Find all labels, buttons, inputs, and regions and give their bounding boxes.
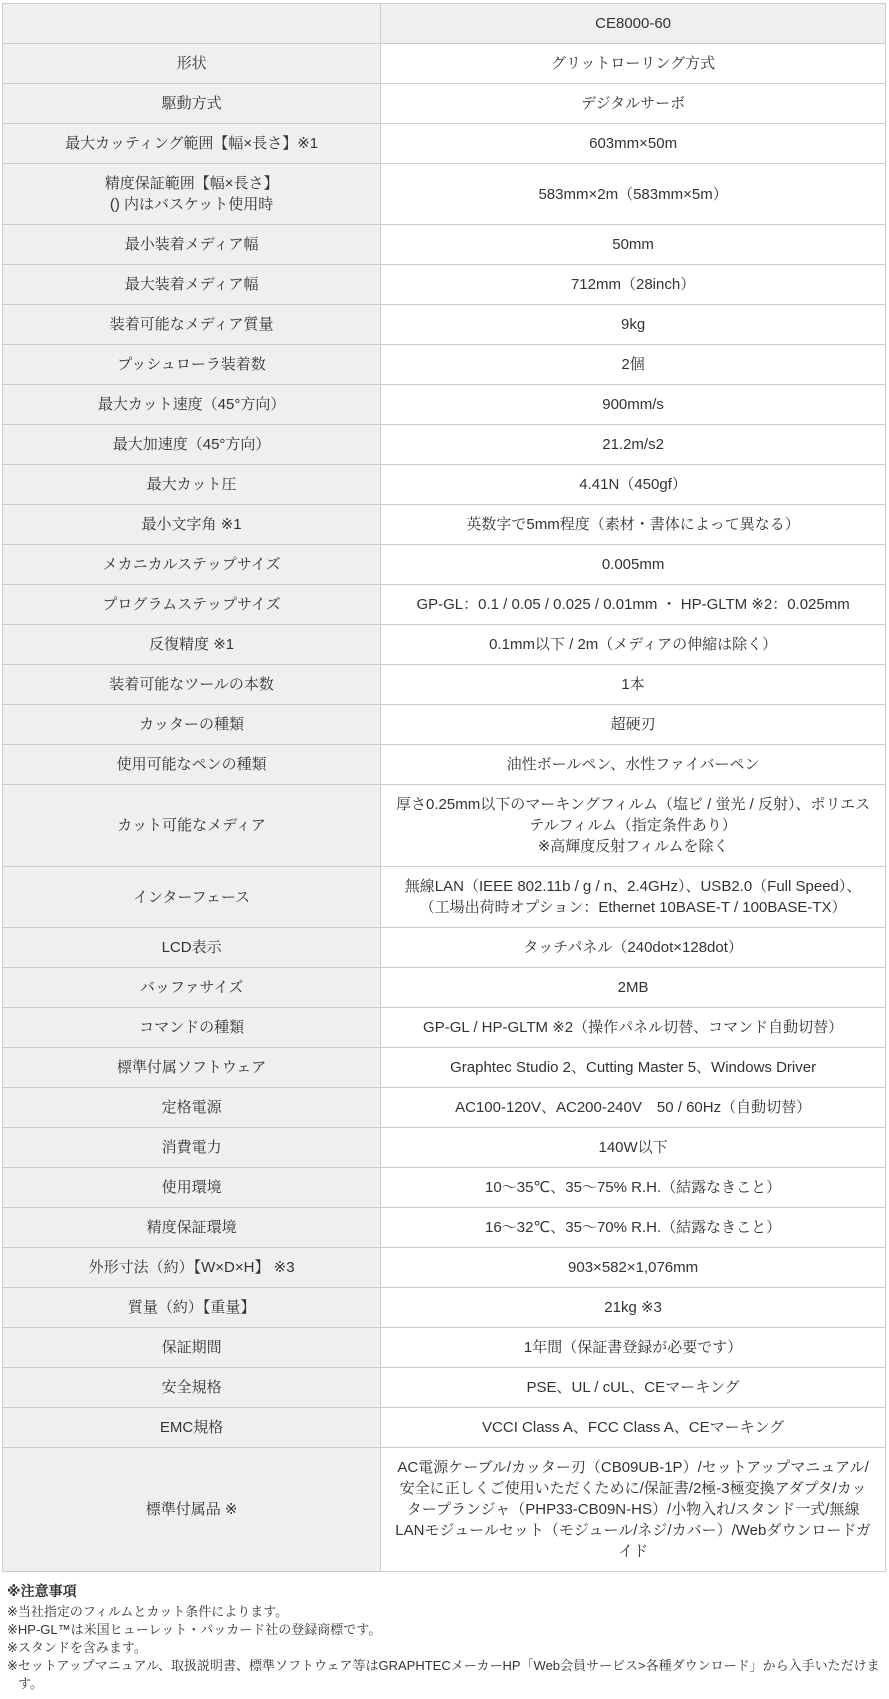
row-label: 外形寸法（約）【W×D×H】 ※3 (3, 1248, 381, 1288)
row-label: メカニカルステップサイズ (3, 545, 381, 585)
table-row: 外形寸法（約）【W×D×H】 ※3 903×582×1,076mm (3, 1248, 886, 1288)
row-label: 最大加速度（45°方向） (3, 425, 381, 465)
table-row: 保証期間 1年間（保証書登録が必要です） (3, 1328, 886, 1368)
table-row: 最大カット圧 4.41N（450gf） (3, 465, 886, 505)
row-label: LCD表示 (3, 928, 381, 968)
row-label: 定格電源 (3, 1088, 381, 1128)
table-row: 消費電力 140W以下 (3, 1128, 886, 1168)
row-value: 2個 (381, 345, 886, 385)
table-row: LCD表示 タッチパネル（240dot×128dot） (3, 928, 886, 968)
row-label: 装着可能なメディア質量 (3, 305, 381, 345)
row-label: 保証期間 (3, 1328, 381, 1368)
table-row: 最大加速度（45°方向） 21.2m/s2 (3, 425, 886, 465)
row-value: 603mm×50m (381, 124, 886, 164)
row-label: プログラムステップサイズ (3, 585, 381, 625)
table-row: 安全規格 PSE、UL / cUL、CEマーキング (3, 1368, 886, 1408)
row-value: VCCI Class A、FCC Class A、CEマーキング (381, 1408, 886, 1448)
table-row: 精度保証環境 16〜32℃、35〜70% R.H.（結露なきこと） (3, 1208, 886, 1248)
row-value: 583mm×2m（583mm×5m） (381, 164, 886, 225)
row-value: 10〜35℃、35〜75% R.H.（結露なきこと） (381, 1168, 886, 1208)
row-label: 標準付属ソフトウェア (3, 1048, 381, 1088)
table-row: カッターの種類 超硬刃 (3, 705, 886, 745)
row-label: 精度保証範囲【幅×長さ】 () 内はバスケット使用時 (3, 164, 381, 225)
row-label: 最大カッティング範囲【幅×長さ】※1 (3, 124, 381, 164)
note-item: ※スタンドを含みます。 (7, 1639, 880, 1657)
row-value: グリットローリング方式 (381, 44, 886, 84)
row-label: 最大装着メディア幅 (3, 265, 381, 305)
row-label: 最小文字角 ※1 (3, 505, 381, 545)
table-row: インターフェース 無線LAN（IEEE 802.11b / g / n、2.4G… (3, 867, 886, 928)
table-row: EMC規格 VCCI Class A、FCC Class A、CEマーキング (3, 1408, 886, 1448)
row-label: 精度保証環境 (3, 1208, 381, 1248)
table-row: 使用環境 10〜35℃、35〜75% R.H.（結露なきこと） (3, 1168, 886, 1208)
notes-section: ※注意事項 ※当社指定のフィルムとカット条件によります。 ※HP-GL™は米国ヒ… (2, 1572, 886, 1699)
table-row: プログラムステップサイズ GP-GL：0.1 / 0.05 / 0.025 / … (3, 585, 886, 625)
row-label: インターフェース (3, 867, 381, 928)
row-label: カット可能なメディア (3, 785, 381, 867)
row-value: 903×582×1,076mm (381, 1248, 886, 1288)
row-value: AC電源ケーブル/カッター刃（CB09UB-1P）/セットアップマニュアル/安全… (381, 1448, 886, 1572)
row-value: 140W以下 (381, 1128, 886, 1168)
row-value: 英数字で5mm程度（素材・書体によって異なる） (381, 505, 886, 545)
spec-table: CE8000-60 形状 グリットローリング方式 駆動方式 デジタルサーボ 最大… (2, 3, 886, 1572)
table-row: カット可能なメディア 厚さ0.25mm以下のマーキングフィルム（塩ビ / 蛍光 … (3, 785, 886, 867)
row-value: デジタルサーボ (381, 84, 886, 124)
row-value: 1年間（保証書登録が必要です） (381, 1328, 886, 1368)
table-row: 最大装着メディア幅 712mm（28inch） (3, 265, 886, 305)
row-value: 712mm（28inch） (381, 265, 886, 305)
row-value: 9kg (381, 305, 886, 345)
row-value: 21kg ※3 (381, 1288, 886, 1328)
row-value: GP-GL / HP-GLTM ※2（操作パネル切替、コマンド自動切替） (381, 1008, 886, 1048)
row-value: 厚さ0.25mm以下のマーキングフィルム（塩ビ / 蛍光 / 反射）、ポリエステ… (381, 785, 886, 867)
table-row: 使用可能なペンの種類 油性ボールペン、水性ファイバーペン (3, 745, 886, 785)
row-label: 使用環境 (3, 1168, 381, 1208)
table-row: 精度保証範囲【幅×長さ】 () 内はバスケット使用時 583mm×2m（583m… (3, 164, 886, 225)
row-label: EMC規格 (3, 1408, 381, 1448)
note-item: ※当社指定のフィルムとカット条件によります。 (7, 1603, 880, 1621)
table-row: 駆動方式 デジタルサーボ (3, 84, 886, 124)
row-value: 4.41N（450gf） (381, 465, 886, 505)
row-value: AC100-120V、AC200-240V 50 / 60Hz（自動切替） (381, 1088, 886, 1128)
table-row: 最大カット速度（45°方向） 900mm/s (3, 385, 886, 425)
row-value: 21.2m/s2 (381, 425, 886, 465)
row-value: 油性ボールペン、水性ファイバーペン (381, 745, 886, 785)
table-row: メカニカルステップサイズ 0.005mm (3, 545, 886, 585)
row-label: 最大カット速度（45°方向） (3, 385, 381, 425)
table-row: 装着可能なツールの本数 1本 (3, 665, 886, 705)
table-row: コマンドの種類 GP-GL / HP-GLTM ※2（操作パネル切替、コマンド自… (3, 1008, 886, 1048)
row-label: コマンドの種類 (3, 1008, 381, 1048)
row-value: 50mm (381, 225, 886, 265)
row-label: 消費電力 (3, 1128, 381, 1168)
row-value: 1本 (381, 665, 886, 705)
row-label: 駆動方式 (3, 84, 381, 124)
spec-page: CE8000-60 形状 グリットローリング方式 駆動方式 デジタルサーボ 最大… (0, 0, 889, 1699)
row-value: 超硬刃 (381, 705, 886, 745)
note-item: ※HP-GL™は米国ヒューレット・パッカード社の登録商標です。 (7, 1621, 880, 1639)
row-label: 使用可能なペンの種類 (3, 745, 381, 785)
row-value: タッチパネル（240dot×128dot） (381, 928, 886, 968)
row-label: 安全規格 (3, 1368, 381, 1408)
row-label: 最小装着メディア幅 (3, 225, 381, 265)
notes-title: ※注意事項 (7, 1581, 880, 1601)
table-row: 標準付属品 ※ AC電源ケーブル/カッター刃（CB09UB-1P）/セットアップ… (3, 1448, 886, 1572)
row-value: Graphtec Studio 2、Cutting Master 5、Windo… (381, 1048, 886, 1088)
row-label: 最大カット圧 (3, 465, 381, 505)
table-row: 標準付属ソフトウェア Graphtec Studio 2、Cutting Mas… (3, 1048, 886, 1088)
row-value: PSE、UL / cUL、CEマーキング (381, 1368, 886, 1408)
note-item: ※セットアップマニュアル、取扱説明書、標準ソフトウェア等はGRAPHTECメーカ… (7, 1657, 880, 1693)
row-label: 標準付属品 ※ (3, 1448, 381, 1572)
table-row: バッファサイズ 2MB (3, 968, 886, 1008)
row-value: 16〜32℃、35〜70% R.H.（結露なきこと） (381, 1208, 886, 1248)
row-label: カッターの種類 (3, 705, 381, 745)
table-row: 装着可能なメディア質量 9kg (3, 305, 886, 345)
row-label: 装着可能なツールの本数 (3, 665, 381, 705)
table-row: 定格電源 AC100-120V、AC200-240V 50 / 60Hz（自動切… (3, 1088, 886, 1128)
header-empty-cell (3, 4, 381, 44)
table-row: 質量（約）【重量】 21kg ※3 (3, 1288, 886, 1328)
model-name: CE8000-60 (381, 4, 886, 44)
row-value: 0.005mm (381, 545, 886, 585)
row-label: バッファサイズ (3, 968, 381, 1008)
row-label: 形状 (3, 44, 381, 84)
table-row: 反復精度 ※1 0.1mm以下 / 2m（メディアの伸縮は除く） (3, 625, 886, 665)
row-label: プッシュローラ装着数 (3, 345, 381, 385)
table-row: 最大カッティング範囲【幅×長さ】※1 603mm×50m (3, 124, 886, 164)
row-label: 質量（約）【重量】 (3, 1288, 381, 1328)
table-header-row: CE8000-60 (3, 4, 886, 44)
row-label: 反復精度 ※1 (3, 625, 381, 665)
table-row: 最小装着メディア幅 50mm (3, 225, 886, 265)
row-value: GP-GL：0.1 / 0.05 / 0.025 / 0.01mm ・ HP-G… (381, 585, 886, 625)
table-row: 最小文字角 ※1 英数字で5mm程度（素材・書体によって異なる） (3, 505, 886, 545)
row-value: 900mm/s (381, 385, 886, 425)
table-row: 形状 グリットローリング方式 (3, 44, 886, 84)
row-value: 2MB (381, 968, 886, 1008)
table-row: プッシュローラ装着数 2個 (3, 345, 886, 385)
row-value: 無線LAN（IEEE 802.11b / g / n、2.4GHz）、USB2.… (381, 867, 886, 928)
row-value: 0.1mm以下 / 2m（メディアの伸縮は除く） (381, 625, 886, 665)
